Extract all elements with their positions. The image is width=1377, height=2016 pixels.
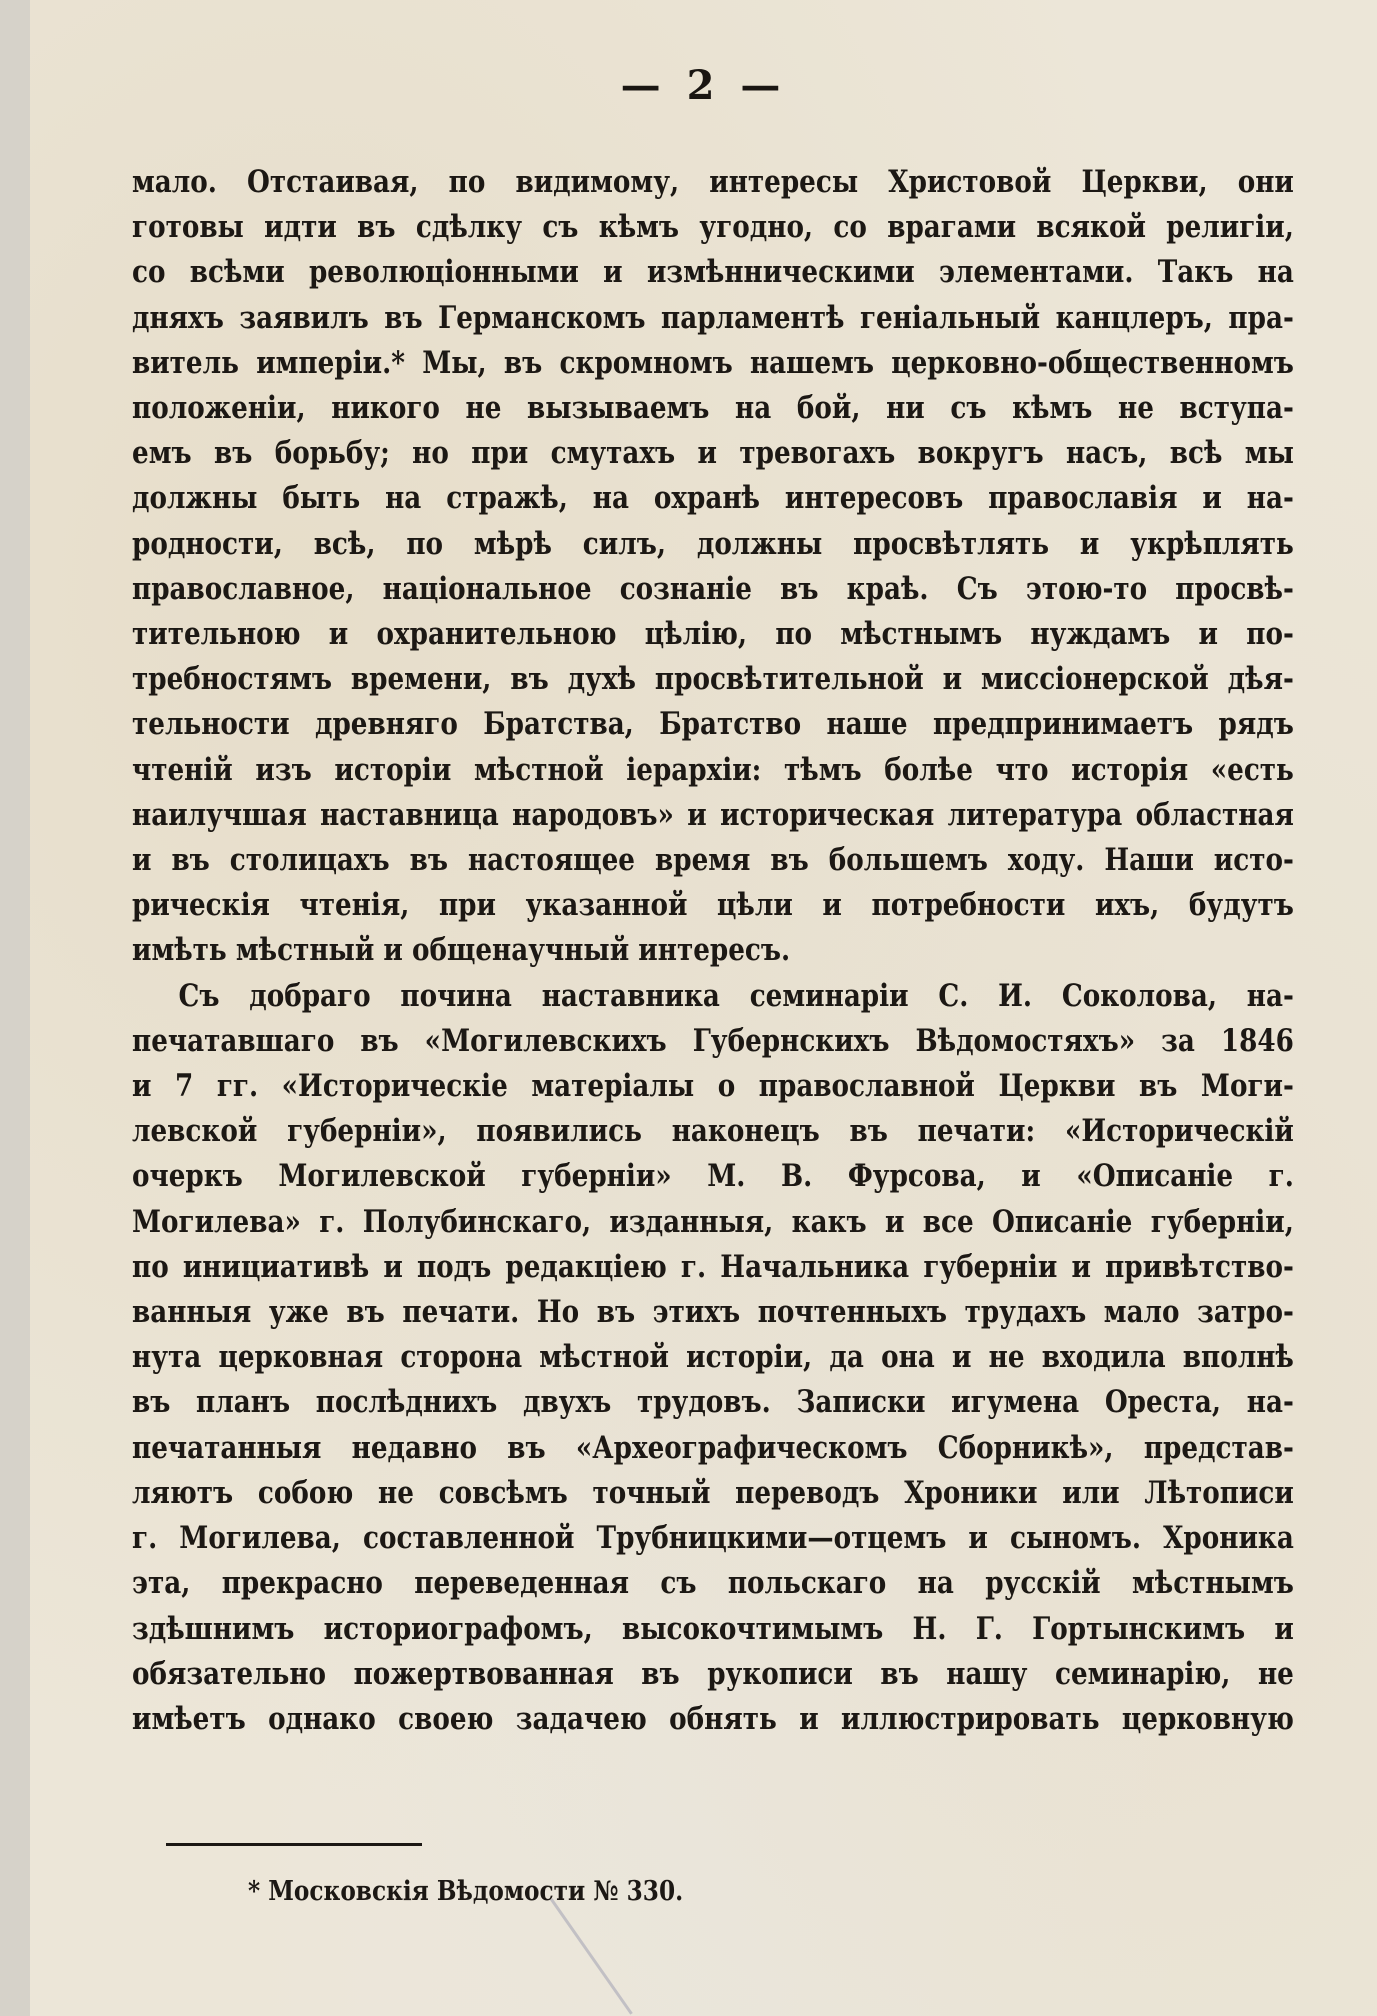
text-line: ляютъ собою не совсѣмъ точный переводъ Х…	[132, 1471, 1294, 1516]
text-line: православное, нацiональное сознанiе въ к…	[132, 567, 1294, 612]
text-line: эта, прекрасно переведенная съ польскаго…	[132, 1561, 1294, 1606]
text-line: имѣетъ однако своею задачею обнять и илл…	[132, 1697, 1294, 1742]
paragraph-end-line: имѣть мѣстный и общенаучный интересъ.	[132, 928, 1294, 973]
text-line: тительною и охранительною цѣлiю, по мѣст…	[132, 612, 1294, 657]
text-line: ванныя уже въ печати. Но въ этихъ почтен…	[132, 1290, 1294, 1335]
text-line: мало. Отстаивая, по видимому, интересы Х…	[132, 160, 1294, 205]
text-line: чтенiй изъ исторiи мѣстной iерархiи: тѣм…	[132, 748, 1294, 793]
faded-stamp-mark	[550, 1726, 879, 2014]
text-line: здѣшнимъ историографомъ, высокочтимымъ Н…	[132, 1607, 1294, 1652]
text-line: наилучшая наставница народовъ» и историч…	[132, 793, 1294, 838]
text-line: емъ въ борьбу; но при смутахъ и тревогах…	[132, 431, 1294, 476]
footnote-divider	[166, 1843, 422, 1846]
text-line: рическiя чтенiя, при указанной цѣли и по…	[132, 883, 1294, 928]
page-number: — 2 —	[30, 62, 1377, 109]
text-line: Могилева» г. Полубинскаго, изданныя, как…	[132, 1200, 1294, 1245]
text-line: со всѣми революцiонными и измѣнническими…	[132, 250, 1294, 295]
text-line: нута церковная сторона мѣстной исторiи, …	[132, 1335, 1294, 1380]
text-line: требностямъ времени, въ духѣ просвѣтител…	[132, 657, 1294, 702]
text-line: родности, всѣ, по мѣрѣ силъ, должны прос…	[132, 522, 1294, 567]
text-line: печатавшаго въ «Могилевскихъ Губернскихъ…	[132, 1019, 1294, 1064]
paragraph-start-line: Съ добраго почина наставника семинарiи С…	[132, 974, 1294, 1019]
text-line: положенiи, никого не вызываемъ на бой, н…	[132, 386, 1294, 431]
body-text: мало. Отстаивая, по видимому, интересы Х…	[132, 160, 1294, 1742]
text-line: должны быть на стражѣ, на охранѣ интерес…	[132, 476, 1294, 521]
text-line: печатанныя недавно въ «Археографическомъ…	[132, 1426, 1294, 1471]
text-line: левской губернiи», появились наконецъ въ…	[132, 1109, 1294, 1154]
text-line: въ планъ послѣднихъ двухъ трудовъ. Запис…	[132, 1380, 1294, 1425]
text-line: витель имперiи.* Мы, въ скромномъ нашемъ…	[132, 341, 1294, 386]
document-page: — 2 — мало. Отстаивая, по видимому, инте…	[30, 0, 1377, 2016]
text-line: и 7 гг. «Историческiе матерiалы о правос…	[132, 1064, 1294, 1109]
text-line: дняхъ заявилъ въ Германскомъ парламентѣ …	[132, 296, 1294, 341]
text-line: г. Могилева, составленной Трубницкими—от…	[132, 1516, 1294, 1561]
text-line: по инициативѣ и подъ редакцiею г. Началь…	[132, 1245, 1294, 1290]
text-line: готовы идти въ сдѣлку съ кѣмъ угодно, со…	[132, 205, 1294, 250]
text-line: очеркъ Могилевской губернiи» М. В. Фурсо…	[132, 1154, 1294, 1199]
scan-gutter	[0, 0, 30, 2016]
text-line: обязательно пожертвованная въ рукописи в…	[132, 1652, 1294, 1697]
text-line: и въ столицахъ въ настоящее время въ бол…	[132, 838, 1294, 883]
text-line: тельности древняго Братства, Братство на…	[132, 702, 1294, 747]
